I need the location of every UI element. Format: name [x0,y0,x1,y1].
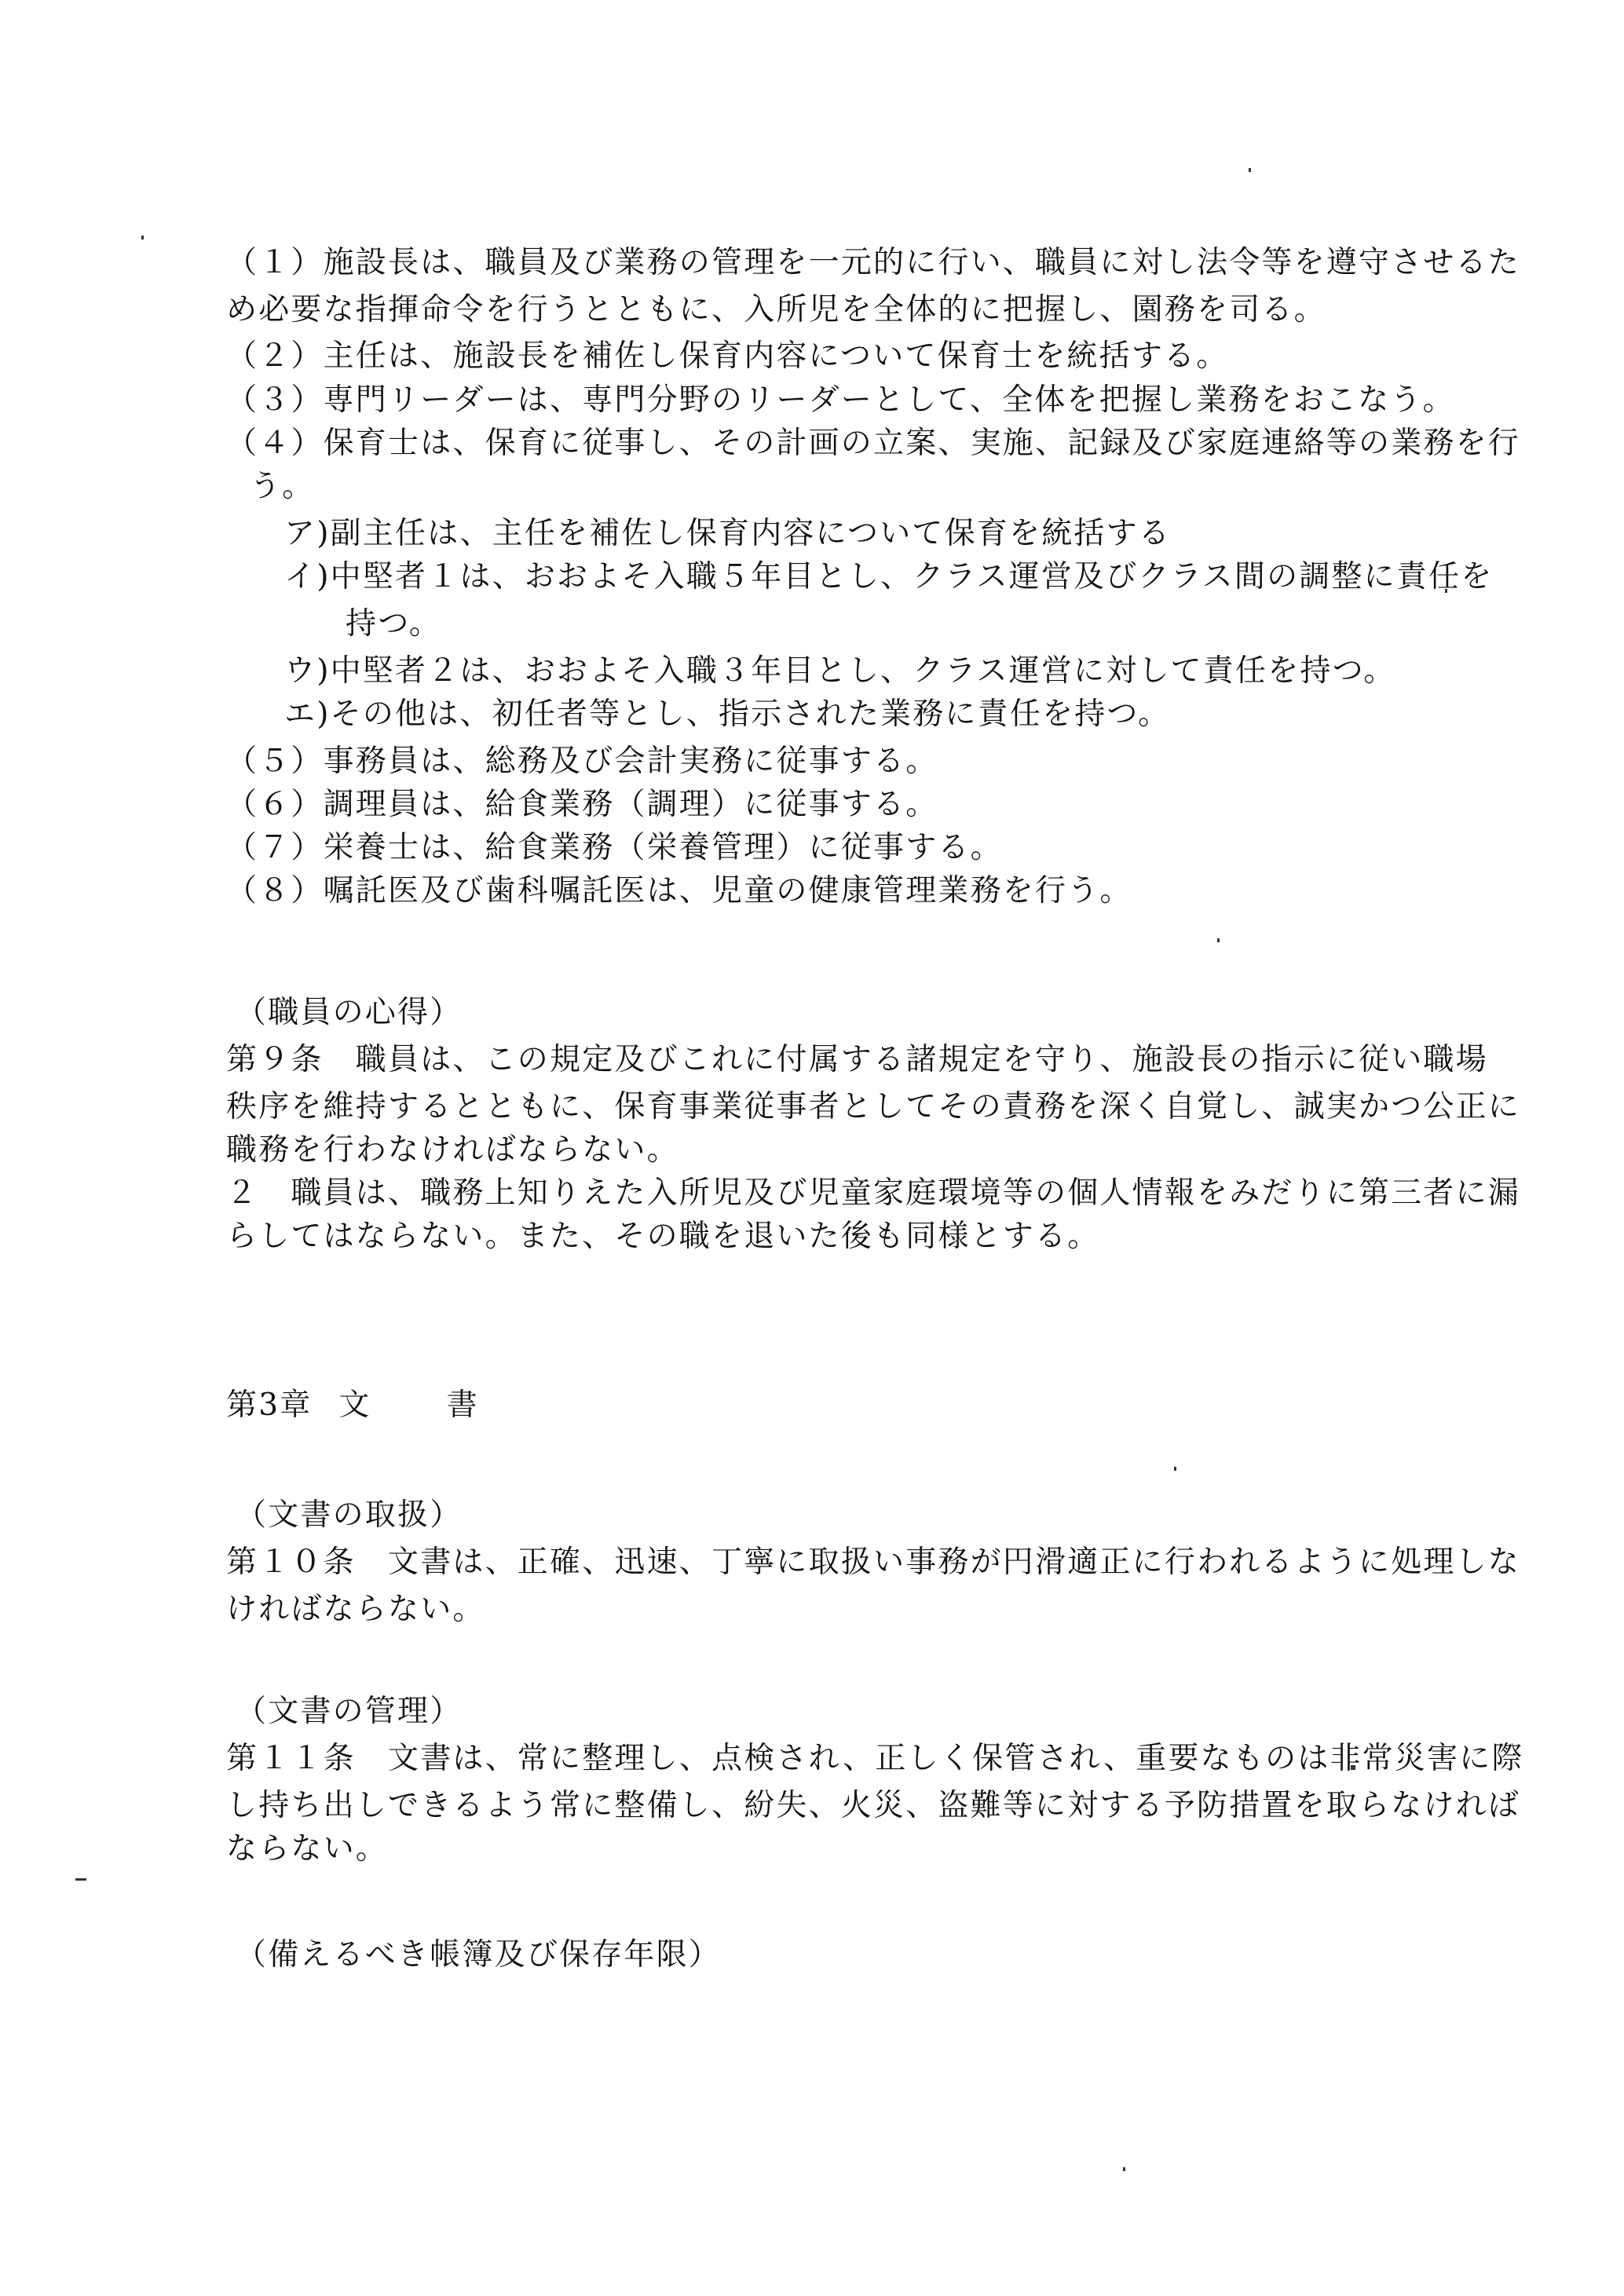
article-10-line-1: 第１０条 文書は、正確、迅速、丁寧に取扱い事務が円滑適正に行われるように処理しな [226,1544,1520,1581]
sub-item-i-line-1: イ)中堅者１は、おおよそ入職５年目とし、クラス運営及びクラス間の調整に責任を [284,558,1493,596]
article-11-line-3: ならない。 [226,1830,388,1868]
article-9-para-2-line-2: らしてはならない。また、その職を退いた後も同様とする。 [226,1218,1099,1256]
chapter-title-char-2: 書 [447,1387,479,1423]
scanned-document-page: （１）施設長は、職員及び業務の管理を一元的に行い、職員に対し法令等を遵守させるた… [0,0,1624,2296]
scan-speck [1445,589,1447,593]
article-9-line-1: 第９条 職員は、この規定及びこれに付属する諸規定を守り、施設長の指示に従い職場 [226,1041,1488,1079]
role-item-5: （５）事務員は、総務及び会計実務に従事する。 [226,743,938,781]
scan-speck [1174,1467,1176,1471]
role-item-7: （７）栄養士は、給食業務（栄養管理）に従事する。 [226,829,1003,867]
chapter-number: 第3章 [226,1387,312,1423]
role-item-3: （３）専門リーダーは、専門分野のリーダーとして、全体を把握し業務をおこなう。 [226,382,1455,419]
scan-speck [1351,1765,1355,1770]
role-item-4-line-1: （４）保育士は、保育に従事し、その計画の立案、実施、記録及び家庭連絡等の業務を行 [226,425,1520,462]
sub-item-u: ウ)中堅者２は、おおよそ入職３年目とし、クラス運営に対して責任を持つ。 [284,653,1396,690]
ledger-retention-caption: （備えるべき帳簿及び保存年限） [236,1936,721,1974]
role-item-8: （８）嘱託医及び歯科嘱託医は、児童の健康管理業務を行う。 [226,872,1132,910]
role-item-1-line-2: め必要な指揮命令を行うとともに、入所児を全体的に把握し、園務を司る。 [226,291,1326,329]
article-11-line-1: 第１１条 文書は、常に整理し、点検され、正しく保管され、重要なものは非常災害に際 [226,1740,1524,1778]
scan-speck [1249,168,1251,172]
article-10-caption: （文書の取扱） [236,1497,462,1534]
chapter-3-heading: 第3章文書 [226,1387,479,1424]
article-9-para-2-line-1: ２ 職員は、職務上知りえた入所児及び児童家庭環境等の個人情報をみだりに第三者に漏 [226,1175,1520,1212]
scan-speck [141,236,144,239]
article-11-line-2: し持ち出しできるよう常に整備し、紛失、火災、盗難等に対する予防措置を取らなければ [226,1787,1520,1825]
article-9-line-2: 秩序を維持するとともに、保育事業従事者としてその責務を深く自覚し、誠実かつ公正に [226,1088,1520,1126]
role-item-2: （２）主任は、施設長を補佐し保育内容について保育士を統括する。 [226,338,1228,375]
scan-speck [1442,250,1444,254]
chapter-title-char-1: 文 [338,1387,371,1423]
article-10-line-2: ければならない。 [226,1591,485,1629]
role-item-6: （６）調理員は、給食業務（調理）に従事する。 [226,786,938,824]
scan-speck [1217,938,1220,942]
article-11-caption: （文書の管理） [236,1693,462,1731]
scan-speck [1123,2167,1125,2171]
sub-item-a: ア)副主任は、主任を補佐し保育内容について保育を統括する [284,515,1171,553]
scan-speck [75,1878,86,1881]
article-9-caption: （職員の心得） [236,994,462,1032]
sub-item-e: エ)その他は、初任者等とし、指示された業務に責任を持つ。 [284,696,1170,733]
role-item-4-line-2: う。 [250,468,314,506]
article-9-line-3: 職務を行わなければならない。 [226,1132,679,1169]
sub-item-i-line-2: 持つ。 [346,605,441,643]
role-item-1-line-1: （１）施設長は、職員及び業務の管理を一元的に行い、職員に対し法令等を遵守させるた [226,244,1520,282]
